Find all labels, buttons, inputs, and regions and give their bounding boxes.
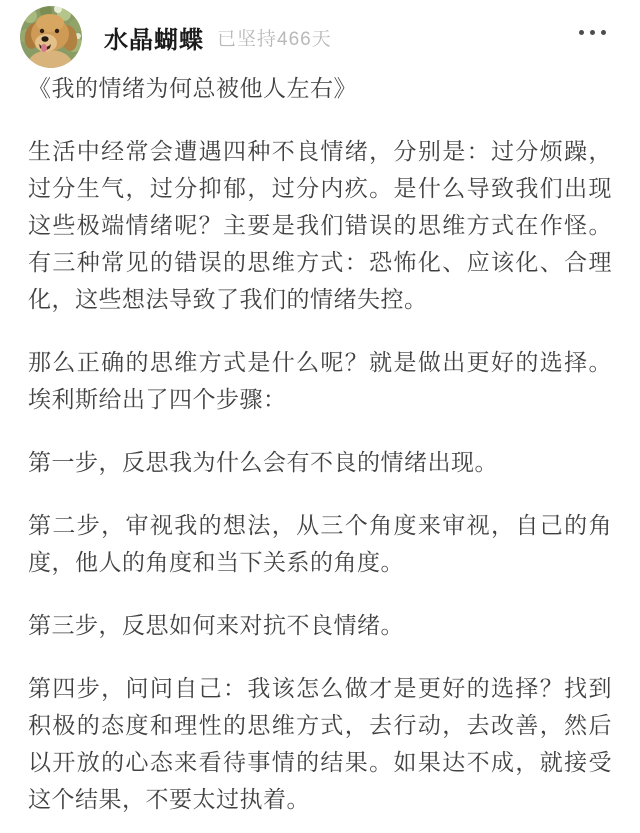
dog-avatar-image xyxy=(20,6,82,68)
username[interactable]: 水晶蝴蝶 xyxy=(104,20,204,55)
post-paragraph: 第四步，问问自己：我该怎么做才是更好的选择？找到积极的态度和理性的思维方式，去行… xyxy=(28,670,612,818)
post-content: 《我的情绪为何总被他人左右》 生活中经常会遭遇四种不良情绪，分别是：过分烦躁，过… xyxy=(0,70,640,818)
post-paragraph: 生活中经常会遭遇四种不良情绪，分别是：过分烦躁，过分生气，过分抑郁，过分内疚。是… xyxy=(28,133,612,318)
post-paragraph: 第一步，反思我为什么会有不良的情绪出现。 xyxy=(28,444,612,481)
more-menu-button[interactable] xyxy=(577,26,608,39)
post-paragraph: 第三步，反思如何来对抗不良情绪。 xyxy=(28,607,612,644)
streak-badge: 已坚持466天 xyxy=(217,24,332,51)
ellipsis-dot xyxy=(590,30,595,35)
post-page: 水晶蝴蝶 已坚持466天 《我的情绪为何总被他人左右》 生活中经常会遭遇四种不良… xyxy=(0,0,640,833)
ellipsis-dot xyxy=(579,30,584,35)
post-paragraph: 第二步，审视我的想法，从三个角度来审视，自己的角度，他人的角度和当下关系的角度。 xyxy=(28,507,612,581)
ellipsis-dot xyxy=(601,30,606,35)
post-paragraph: 那么正确的思维方式是什么呢？就是做出更好的选择。埃利斯给出了四个步骤： xyxy=(28,344,612,418)
post-title: 《我的情绪为何总被他人左右》 xyxy=(28,70,612,107)
post-header: 水晶蝴蝶 已坚持466天 xyxy=(0,0,640,70)
user-avatar[interactable] xyxy=(20,6,82,68)
